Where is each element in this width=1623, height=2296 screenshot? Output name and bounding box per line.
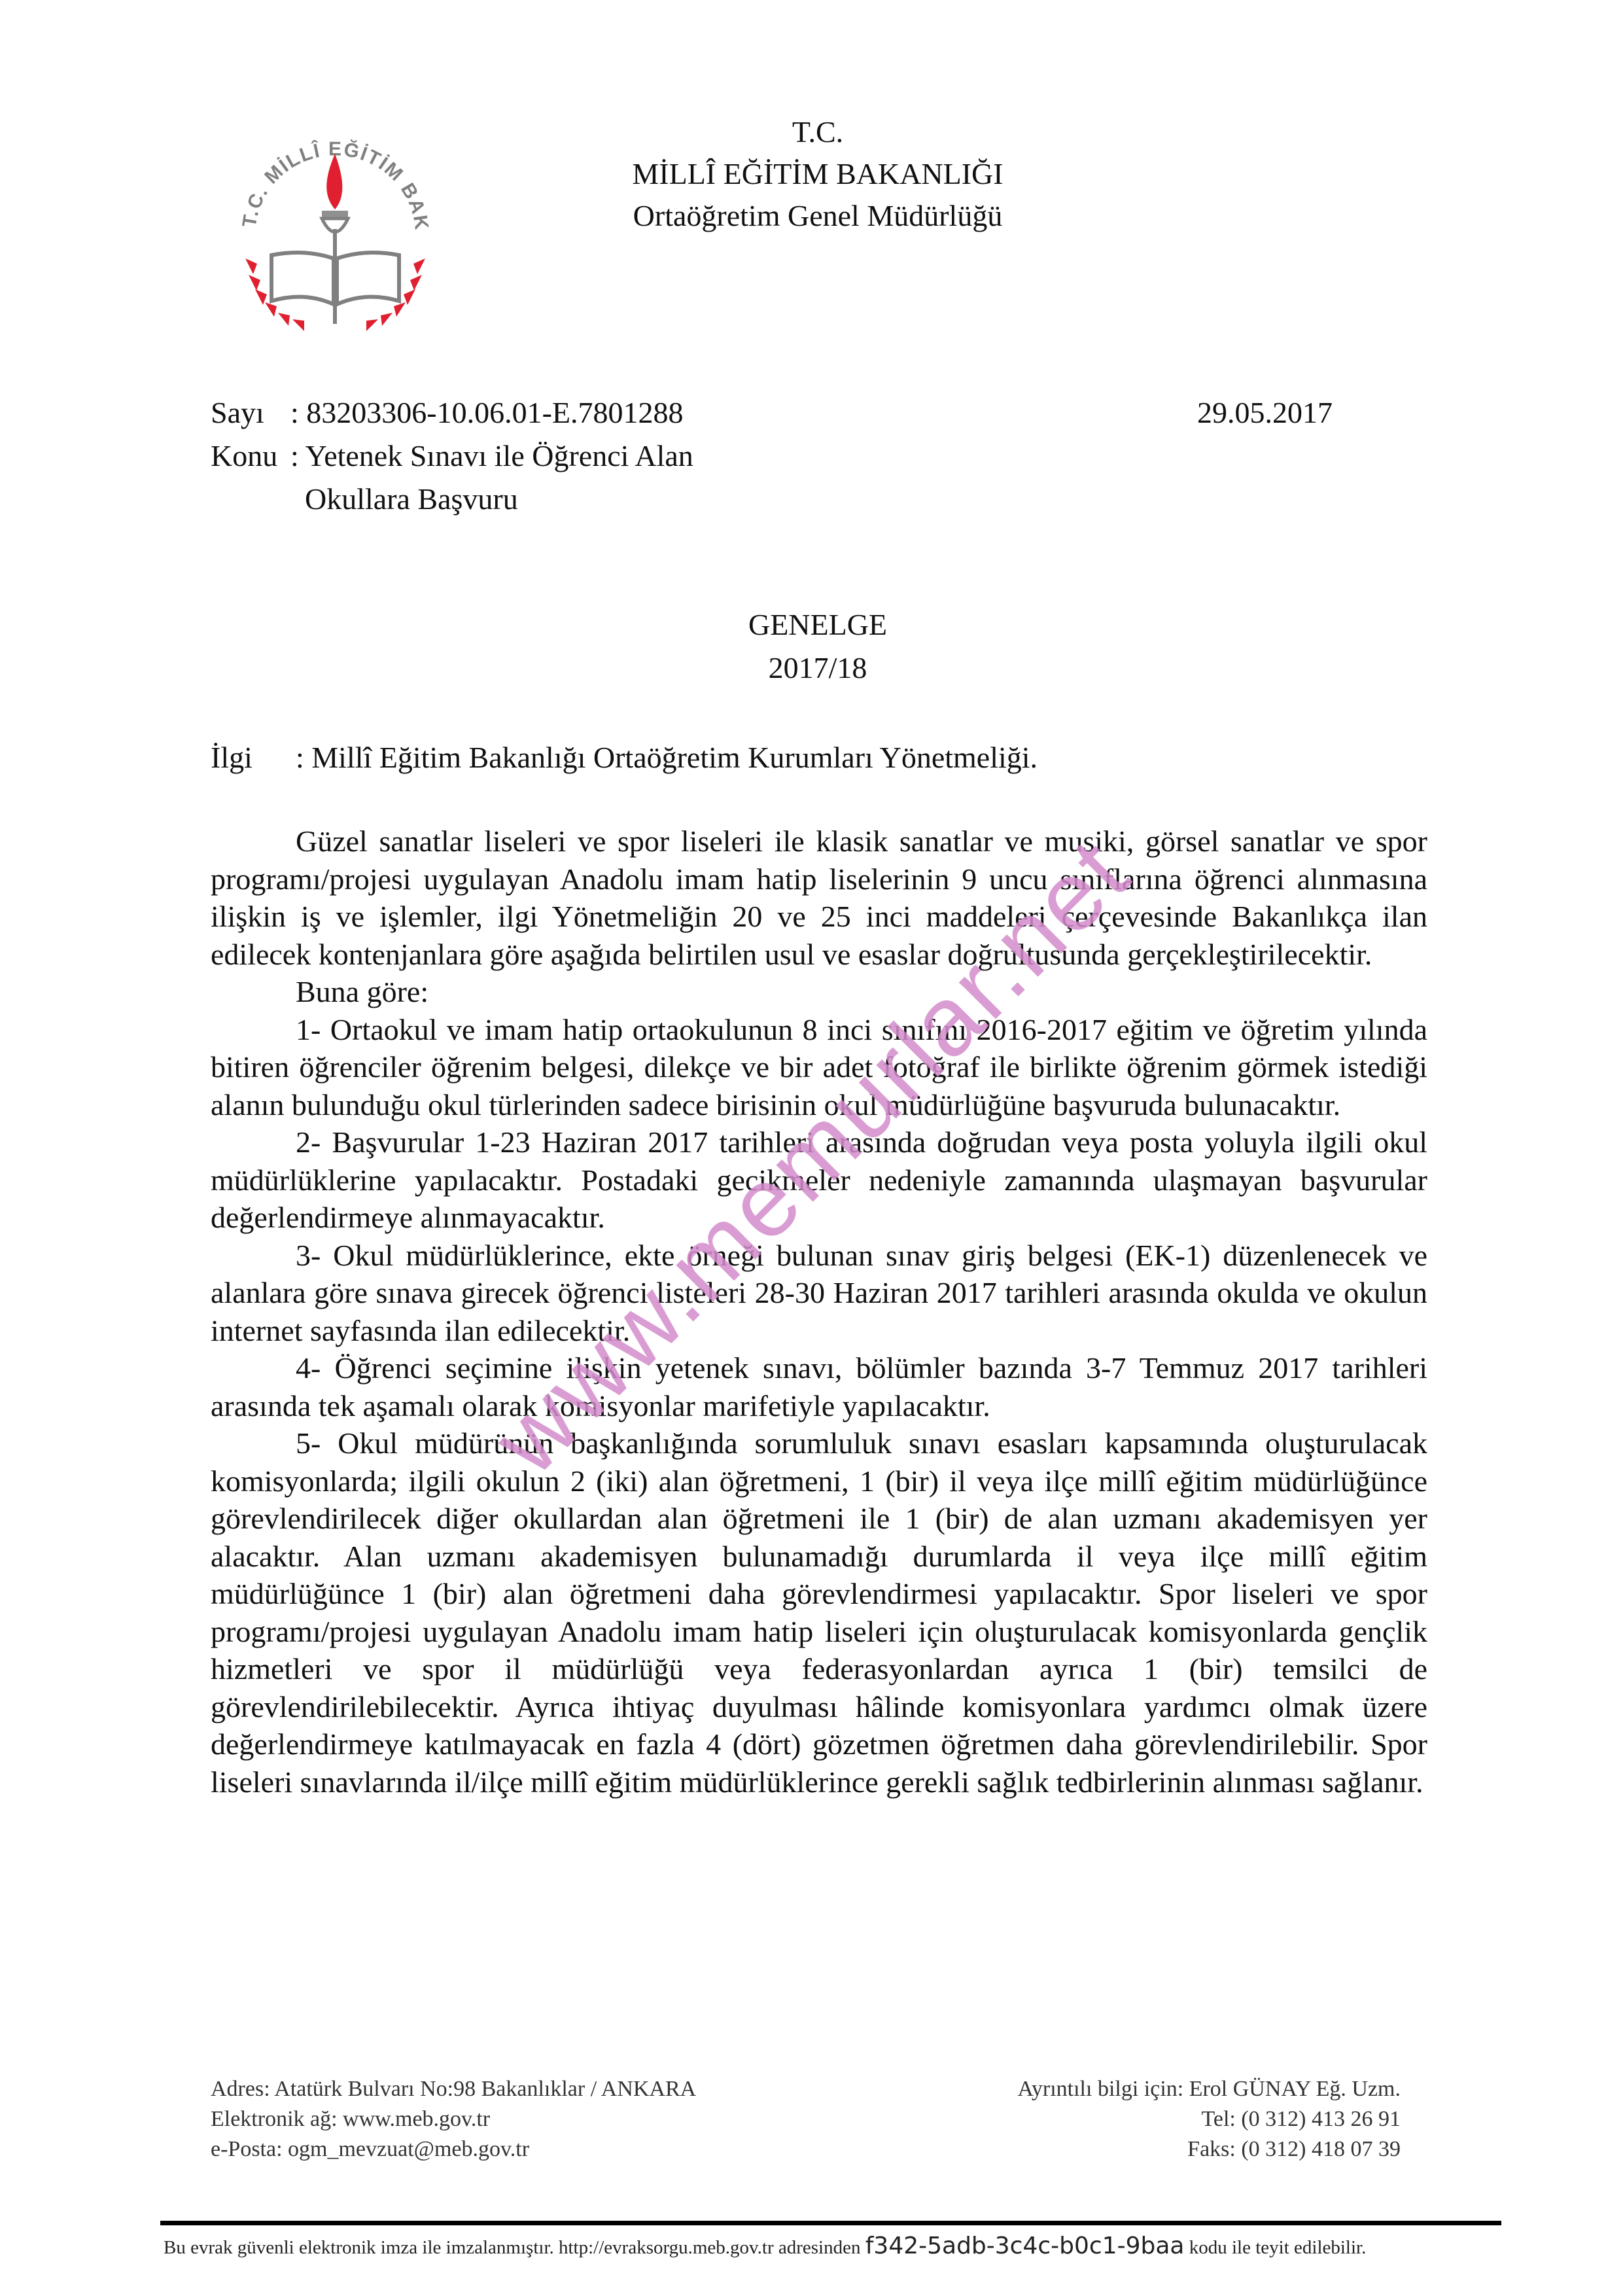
body-paragraph: 5- Okul müdürünün başkanlığında sorumlul… (211, 1424, 1427, 1801)
footer-divider (160, 2221, 1501, 2225)
sayi-value: : 83203306-10.06.01-E.7801288 (290, 391, 684, 434)
verification-code: f342-5adb-3c4c-b0c1-9baa (865, 2233, 1185, 2259)
ilgi-value: : Millî Eğitim Bakanlığı Ortaöğretim Kur… (296, 736, 1038, 779)
signature-prefix: Bu evrak güvenli elektronik imza ile imz… (164, 2237, 860, 2258)
ilgi-line: İlgi : Millî Eğitim Bakanlığı Ortaöğreti… (211, 736, 1038, 779)
footer-contact-person: Ayrıntılı bilgi için: Erol GÜNAY Eğ. Uzm… (1017, 2074, 1401, 2104)
letterhead-tc: T.C. (589, 111, 1047, 153)
document-title: GENELGE 2017/18 (589, 603, 1047, 690)
body-paragraph: 1- Ortaokul ve imam hatip ortaokulunun 8… (211, 1011, 1427, 1124)
meb-logo: T.C. MİLLÎ EĞİTİM BAKANLIĞI (226, 118, 445, 334)
letterhead: T.C. MİLLÎ EĞİTİM BAKANLIĞI Ortaöğretim … (589, 111, 1047, 237)
body-paragraph: 2- Başvurular 1-23 Haziran 2017 tarihler… (211, 1123, 1427, 1237)
footer-address: Adres: Atatürk Bulvarı No:98 Bakanlıklar… (211, 2074, 696, 2104)
letterhead-directorate: Ortaöğretim Genel Müdürlüğü (589, 195, 1047, 237)
body-paragraph: 4- Öğrenci seçimine ilişkin yetenek sına… (211, 1349, 1427, 1424)
meb-emblem-icon: T.C. MİLLÎ EĞİTİM BAKANLIĞI (226, 118, 445, 334)
footer-web[interactable]: Elektronik ağ: www.meb.gov.tr (211, 2104, 696, 2134)
sayi-label: Sayı (211, 391, 290, 434)
document-date: 29.05.2017 (1197, 391, 1333, 434)
letterhead-ministry: MİLLÎ EĞİTİM BAKANLIĞI (589, 153, 1047, 195)
footer-contact-right: Ayrıntılı bilgi için: Erol GÜNAY Eğ. Uzm… (1017, 2074, 1401, 2164)
konu-value: : Yetenek Sınavı ile Öğrenci Alan (290, 434, 693, 478)
document-body: Güzel sanatlar liseleri ve spor liseleri… (211, 822, 1427, 1801)
body-paragraph: 3- Okul müdürlüklerince, ekte örneği bul… (211, 1237, 1427, 1350)
ilgi-label: İlgi (211, 736, 296, 779)
document-meta: Sayı: 83203306-10.06.01-E.7801288 Konu: … (211, 391, 693, 521)
title-number: 2017/18 (589, 646, 1047, 690)
konu-label: Konu (211, 434, 290, 478)
e-signature-note: Bu evrak güvenli elektronik imza ile imz… (164, 2233, 1366, 2259)
footer-fax: Faks: (0 312) 418 07 39 (1017, 2134, 1401, 2164)
footer-email[interactable]: e-Posta: ogm_mevzuat@meb.gov.tr (211, 2134, 696, 2164)
footer-tel: Tel: (0 312) 413 26 91 (1017, 2104, 1401, 2134)
signature-suffix: kodu ile teyit edilebilir. (1189, 2237, 1367, 2258)
body-paragraph: Güzel sanatlar liseleri ve spor liseleri… (211, 822, 1427, 973)
body-paragraph: Buna göre: (211, 973, 1427, 1011)
footer-contact-left: Adres: Atatürk Bulvarı No:98 Bakanlıklar… (211, 2074, 696, 2164)
title-genelge: GENELGE (589, 603, 1047, 646)
konu-value-cont: Okullara Başvuru (290, 478, 518, 521)
